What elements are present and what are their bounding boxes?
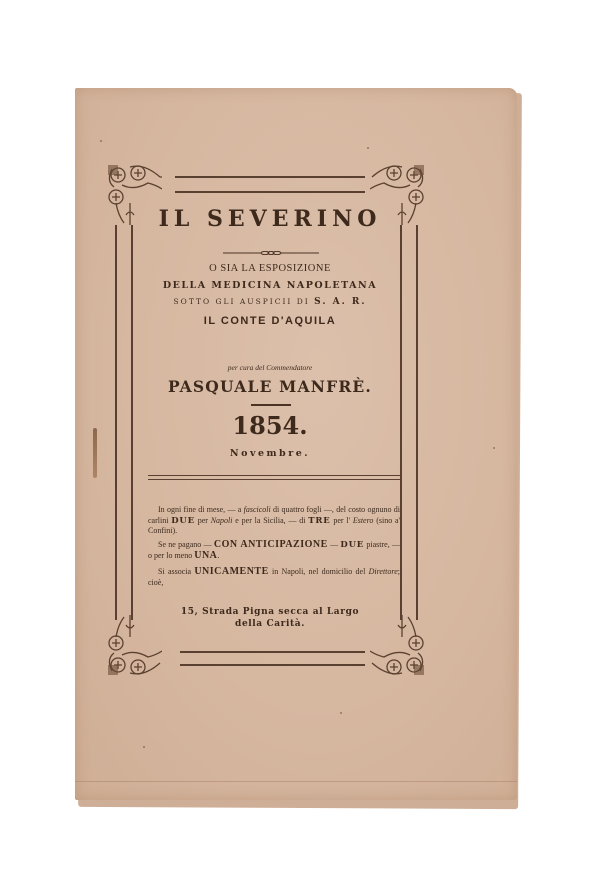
document-title: IL SEVERINO [145, 206, 395, 232]
text-italic: Estero [353, 516, 374, 525]
text: — [328, 540, 341, 549]
frame-line-top-inner [175, 191, 365, 193]
subtitle-line-2: DELLA MEDICINA NAPOLETANA [145, 280, 395, 291]
text: e per la Sicilia, — di [233, 516, 309, 525]
paper-fold-line [75, 781, 517, 782]
text: In ogni fine di mese, — a [158, 505, 244, 514]
frame-line-right-inner [400, 225, 402, 620]
short-rule [251, 404, 291, 406]
subtitle-line-3-bold: S. A. R. [314, 297, 366, 307]
text: per l' [331, 516, 353, 525]
terms-paragraph-3: Si associa UNICAMENTE in Napoli, nel dom… [148, 567, 400, 588]
text-bold: DUE [340, 540, 364, 550]
text: per [195, 516, 211, 525]
text-bold: TRE [308, 516, 330, 526]
frame-line-left-outer [115, 225, 117, 620]
foxing-spot [143, 746, 145, 748]
foxing-spot [367, 147, 369, 149]
publication-year: 1854. [145, 411, 395, 440]
text: in Napoli, nel domicilio del [269, 567, 369, 576]
terms-paragraph-1: In ogni fine di mese, — a fascicoli di q… [148, 505, 400, 537]
text: Se ne pagano — [158, 540, 214, 549]
binding-thread [93, 428, 97, 478]
text-bold: UNICAMENTE [194, 566, 268, 577]
foxing-spot [493, 447, 495, 449]
ornamental-rule-icon [223, 251, 319, 255]
text-italic: Direttore [369, 567, 398, 576]
double-rule-bottom [148, 479, 400, 480]
editor-prefix: per cura del Commendatore [145, 363, 395, 372]
text-italic: fascicoli [244, 505, 271, 514]
frame-line-bottom-inner [180, 651, 365, 653]
text: . [217, 551, 219, 560]
address: 15, Strada Pigna secca al Largo della Ca… [145, 606, 395, 630]
subtitle-line-1: O SIA LA ESPOSIZIONE [145, 263, 395, 274]
terms-paragraph-2: Se ne pagano — CON ANTICIPAZIONE — DUE p… [148, 540, 400, 561]
publication-month: Novembre. [145, 448, 395, 459]
address-line-2: della Carità. [145, 618, 395, 630]
frame-line-right-outer [416, 225, 418, 620]
text-bold: DUE [171, 516, 195, 526]
frame-line-bottom-outer [180, 664, 365, 666]
subtitle-line-3-prefix: SOTTO GLI AUSPICII DI [174, 297, 310, 306]
text: Si associa [158, 567, 194, 576]
text-bold: UNA [194, 550, 217, 561]
address-line-1: 15, Strada Pigna secca al Largo [145, 606, 395, 618]
text-italic: Napoli [211, 516, 233, 525]
frame-line-top-outer [175, 176, 365, 178]
double-rule-top [148, 475, 400, 476]
frame-line-left-inner [131, 225, 133, 620]
foxing-spot [340, 712, 342, 714]
text-bold: CON ANTICIPAZIONE [214, 539, 328, 550]
foxing-spot [100, 140, 102, 142]
editor-name: PASQUALE MANFRÈ. [145, 377, 395, 396]
subtitle-line-3: SOTTO GLI AUSPICII DI S. A. R. [145, 297, 395, 307]
subtitle-line-4: IL CONTE D'AQUILA [145, 315, 395, 327]
